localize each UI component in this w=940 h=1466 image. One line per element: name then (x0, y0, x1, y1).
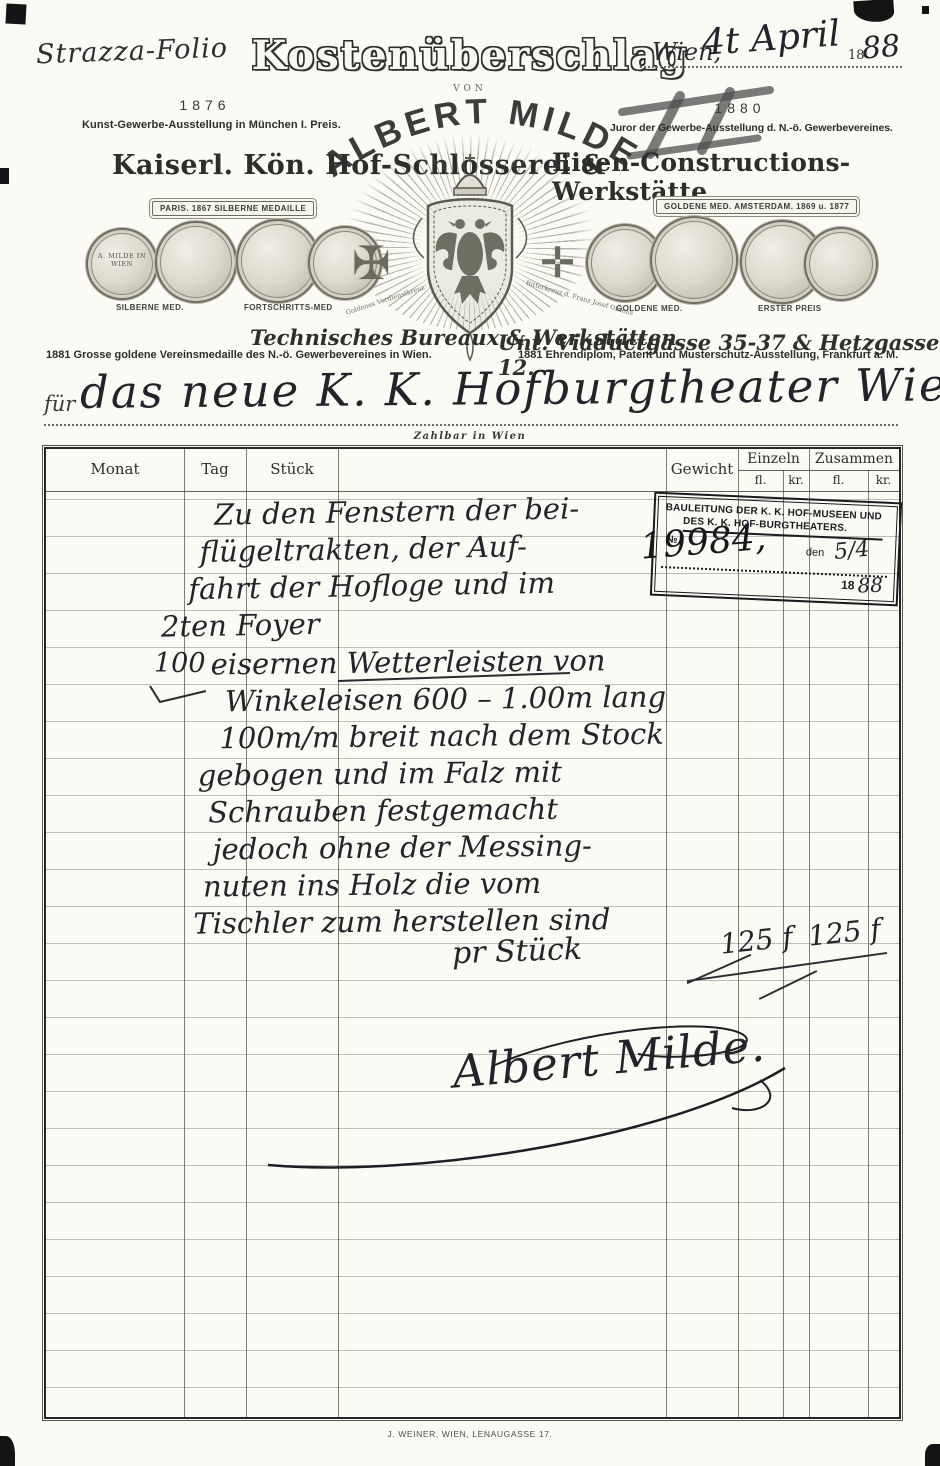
date-day-handwritten: 4t April (701, 13, 842, 64)
column-header-zusammen: Zusammen (809, 451, 899, 471)
entry-line: gebogen und im Falz mit (198, 753, 667, 795)
signature-flourish (240, 1020, 810, 1180)
fuer-label: für (44, 392, 75, 416)
stamp-den-label: den (806, 546, 825, 559)
medallion-icon: A. MILDE IN WIEN (86, 228, 158, 300)
entry-line: nuten ins Holz die vom (203, 864, 668, 906)
column-header-zusammen-fl: fl. (809, 473, 868, 487)
entry-intro-handwriting: Zu den Fenstern der bei- flügeltrakten, … (159, 490, 582, 645)
entry-line: Zu den Fenstern der bei- (214, 490, 580, 533)
medallion-icon (804, 227, 878, 301)
payable-line: Zahlbar in Wien (350, 431, 590, 442)
banner-amsterdam-medal: GOLDENE MED. AMSTERDAM. 1869 u. 1877 (656, 199, 857, 214)
entry-line: fahrt der Hofloge und im (188, 564, 581, 608)
entry-line: 100m/m breit nach dem Stock (219, 716, 666, 758)
date-year-handwritten: 88 (861, 28, 902, 66)
entry-line: jedoch ohne der Messing- (212, 827, 667, 869)
subject-handwritten: das neue K. K. Hofburgtheater Wien (80, 358, 940, 419)
stamp-year-handwritten: 88 (857, 573, 883, 598)
award-year-right: 1880 (700, 100, 780, 116)
printer-imprint: J. WEINER, WIEN, LENAUGASSE 17. (0, 1429, 940, 1439)
stamp-year-printed: 18 (841, 578, 855, 593)
medal-caption-erster: ERSTER PREIS (758, 304, 821, 313)
column-header-tag: Tag (184, 460, 246, 478)
column-header-gewicht: Gewicht (666, 460, 738, 478)
banner-paris-medal: PARIS. 1867 SILBERNE MEDAILLE (152, 201, 314, 216)
table-header: Monat Tag Stück Gewicht Einzeln Zusammen… (46, 449, 899, 492)
scan-artifact-top-right (853, 0, 894, 23)
column-header-monat: Monat (46, 460, 184, 478)
folio-note: Strazza-Folio (36, 33, 229, 71)
bauleitung-stamp: BAULEITUNG DER K. K. HOF-MUSEEN UND DES … (650, 492, 902, 607)
award-year-left: 1876 (160, 97, 250, 113)
stamp-dotted-line (661, 566, 887, 578)
medal-caption-fortschritt: FORTSCHRITTS-MED (244, 303, 333, 312)
stamp-number-handwritten: 19984, (639, 517, 768, 568)
column-header-stueck: Stück (246, 460, 338, 478)
medal-caption-silberne: SILBERNE MED. (116, 303, 184, 312)
award-text-left: Kunst-Gewerbe-Ausstellung in München I. … (82, 119, 341, 131)
scan-artifact-top-left (5, 3, 26, 24)
medallion-icon (155, 221, 237, 303)
quantity-check-mark (146, 684, 210, 706)
stamp-day-handwritten: 5/4 (833, 537, 871, 565)
entry-line: Schrauben festgemacht (208, 790, 667, 832)
column-header-zusammen-kr: kr. (868, 473, 899, 487)
verdienstkreuz-icon: ✠ (352, 236, 391, 290)
column-header-einzeln-fl: fl. (738, 473, 783, 487)
entry-body-handwriting: eisernen Wetterleisten von Winkeleisen 6… (210, 642, 668, 943)
entry-line: Tischler zum herstellen sind (193, 901, 668, 943)
entry-quantity: 100 (154, 648, 206, 679)
medallion-icon (650, 216, 738, 304)
scan-artifact-bottom-right (925, 1444, 940, 1466)
column-header-einzeln-kr: kr. (783, 473, 809, 487)
medal-caption-goldene: GOLDENE MED. (616, 304, 683, 313)
subject-dotted-line (44, 424, 898, 426)
document-title: Kostenüberschlag (250, 32, 690, 79)
entry-line: 2ten Foyer (161, 601, 582, 645)
scanned-document: Strazza-Folio Kostenüberschlag VON Wien,… (0, 0, 940, 1466)
ordensmedaille-icon: ✛ (540, 238, 575, 287)
scan-artifact-left-edge (0, 168, 9, 184)
trade-line-right: Eisen-Constructions-Werkstätte (552, 148, 940, 206)
medal-note-1881-left: 1881 Grosse goldene Vereinsmedaille des … (46, 349, 432, 361)
date-dotted-line (640, 66, 902, 68)
per-piece-note: pr Stück (451, 932, 582, 972)
entry-line: Winkeleisen 600 – 1.00m lang (225, 679, 666, 721)
scan-artifact-top-right-dot (922, 6, 929, 14)
medal-inscription: A. MILDE IN WIEN (86, 252, 158, 268)
column-header-einzeln: Einzeln (738, 451, 809, 471)
scan-artifact-bottom-left (0, 1436, 15, 1466)
